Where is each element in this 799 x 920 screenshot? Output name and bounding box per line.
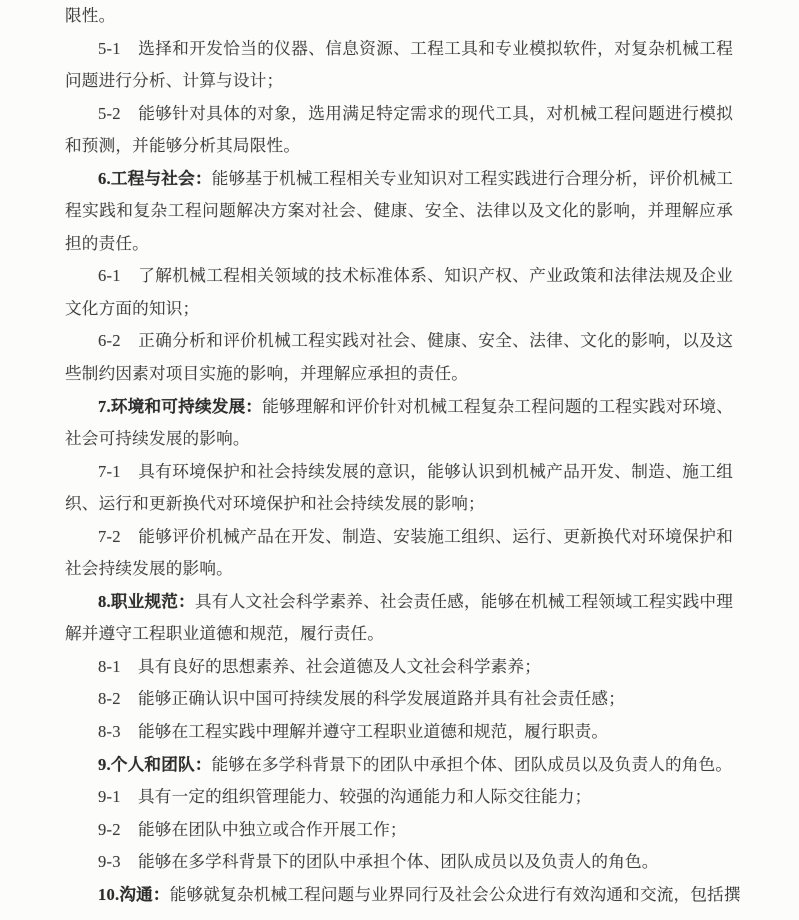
item-number: 8-3 xyxy=(98,716,138,749)
sub-item-paragraph: 5-2能够针对具体的对象，选用满足特定需求的现代工具，对机械工程问题进行模拟和预… xyxy=(65,98,733,163)
paragraph-text: 能够在团队中独立或合作开展工作； xyxy=(138,820,407,839)
sub-item-paragraph: 7-1具有环境保护和社会持续发展的意识，能够认识到机械产品开发、制造、施工组织、… xyxy=(65,456,733,521)
paragraph-text: 正确分析和评价机械工程实践对社会、健康、安全、法律、文化的影响，以及这些制约因素… xyxy=(65,331,733,383)
item-number: 7-1 xyxy=(98,456,138,489)
paragraph-text: 能够针对具体的对象，选用满足特定需求的现代工具，对机械工程问题进行模拟和预测，并… xyxy=(65,104,733,156)
item-number: 5-1 xyxy=(98,33,138,66)
sub-item-paragraph: 8-2能够正确认识中国可持续发展的科学发展道路并具有社会责任感； xyxy=(65,683,733,716)
document-page: { "page": { "background": "#fcfcfb", "te… xyxy=(0,0,799,920)
document-body: 限性。5-1选择和开发恰当的仪器、信息资源、工程工具和专业模拟软件，对复杂机械工… xyxy=(65,0,733,911)
section-paragraph: 8.职业规范：具有人文社会科学素养、社会责任感，能够在机械工程领域工程实践中理解… xyxy=(65,586,733,651)
paragraph-text: 能够评价机械产品在开发、制造、安装施工组织、运行、更新换代对环境保护和社会持续发… xyxy=(65,527,733,579)
paragraph-text: 了解机械工程相关领域的技术标准体系、知识产权、产业政策和法律法规及企业文化方面的… xyxy=(65,266,733,318)
document-page-surface: 限性。5-1选择和开发恰当的仪器、信息资源、工程工具和专业模拟软件，对复杂机械工… xyxy=(0,0,799,920)
sub-item-paragraph: 6-1了解机械工程相关领域的技术标准体系、知识产权、产业政策和法律法规及企业文化… xyxy=(65,260,733,325)
section-paragraph: 6.工程与社会：能够基于机械工程相关专业知识对工程实践进行合理分析，评价机械工程… xyxy=(65,163,733,261)
paragraph-text: 具有一定的组织管理能力、较强的沟通能力和人际交往能力； xyxy=(138,787,591,806)
section-paragraph: 9.个人和团队：能够在多学科背景下的团队中承担个体、团队成员以及负责人的角色。 xyxy=(65,749,733,782)
sub-item-paragraph: 9-1具有一定的组织管理能力、较强的沟通能力和人际交往能力； xyxy=(65,781,733,814)
sub-item-paragraph: 9-2能够在团队中独立或合作开展工作； xyxy=(65,814,733,847)
section-heading-label: 9.个人和团队： xyxy=(98,755,212,774)
paragraph-text: 限性。 xyxy=(65,6,115,25)
paragraph-text: 能够正确认识中国可持续发展的科学发展道路并具有社会责任感； xyxy=(138,689,625,708)
sub-item-paragraph: 5-1选择和开发恰当的仪器、信息资源、工程工具和专业模拟软件，对复杂机械工程问题… xyxy=(65,33,733,98)
item-number: 7-2 xyxy=(98,521,138,554)
item-number: 9-2 xyxy=(98,814,138,847)
section-heading-label: 8.职业规范： xyxy=(98,592,195,611)
section-heading-label: 7.环境和可持续发展： xyxy=(98,397,262,416)
paragraph-text: 具有环境保护和社会持续发展的意识，能够认识到机械产品开发、制造、施工组织、运行和… xyxy=(65,462,733,514)
paragraph-text: 能够在多学科背景下的团队中承担个体、团队成员以及负责人的角色。 xyxy=(138,852,659,871)
paragraph-text: 具有良好的思想素养、社会道德及人文社会科学素养； xyxy=(138,657,541,676)
item-number: 8-1 xyxy=(98,651,138,684)
sub-item-paragraph: 8-1具有良好的思想素养、社会道德及人文社会科学素养； xyxy=(65,651,733,684)
item-number: 6-2 xyxy=(98,325,138,358)
paragraph-text: 能够在工程实践中理解并遵守工程职业道德和规范，履行职责。 xyxy=(138,722,608,741)
sub-item-paragraph: 9-3能够在多学科背景下的团队中承担个体、团队成员以及负责人的角色。 xyxy=(65,846,733,879)
item-number: 9-3 xyxy=(98,846,138,879)
sub-item-paragraph: 6-2正确分析和评价机械工程实践对社会、健康、安全、法律、文化的影响，以及这些制… xyxy=(65,325,733,390)
paragraph-text: 选择和开发恰当的仪器、信息资源、工程工具和专业模拟软件，对复杂机械工程问题进行分… xyxy=(65,39,733,91)
paragraph-text: 能够就复杂机械工程问题与业界同行及社会公众进行有效沟通和交流，包括撰 xyxy=(170,885,741,904)
item-number: 8-2 xyxy=(98,683,138,716)
section-paragraph: 7.环境和可持续发展：能够理解和评价针对机械工程复杂工程问题的工程实践对环境、社… xyxy=(65,391,733,456)
section-heading-label: 10.沟通： xyxy=(98,885,170,904)
section-heading-label: 6.工程与社会： xyxy=(98,169,212,188)
sub-item-paragraph: 7-2能够评价机械产品在开发、制造、安装施工组织、运行、更新换代对环境保护和社会… xyxy=(65,521,733,586)
paragraph-text: 能够在多学科背景下的团队中承担个体、团队成员以及负责人的角色。 xyxy=(212,755,733,774)
sub-item-paragraph: 8-3能够在工程实践中理解并遵守工程职业道德和规范，履行职责。 xyxy=(65,716,733,749)
item-number: 9-1 xyxy=(98,781,138,814)
item-number: 6-1 xyxy=(98,260,138,293)
section-paragraph: 10.沟通：能够就复杂机械工程问题与业界同行及社会公众进行有效沟通和交流，包括撰 xyxy=(65,879,733,912)
item-number: 5-2 xyxy=(98,98,138,131)
continuation-paragraph: 限性。 xyxy=(65,0,733,33)
